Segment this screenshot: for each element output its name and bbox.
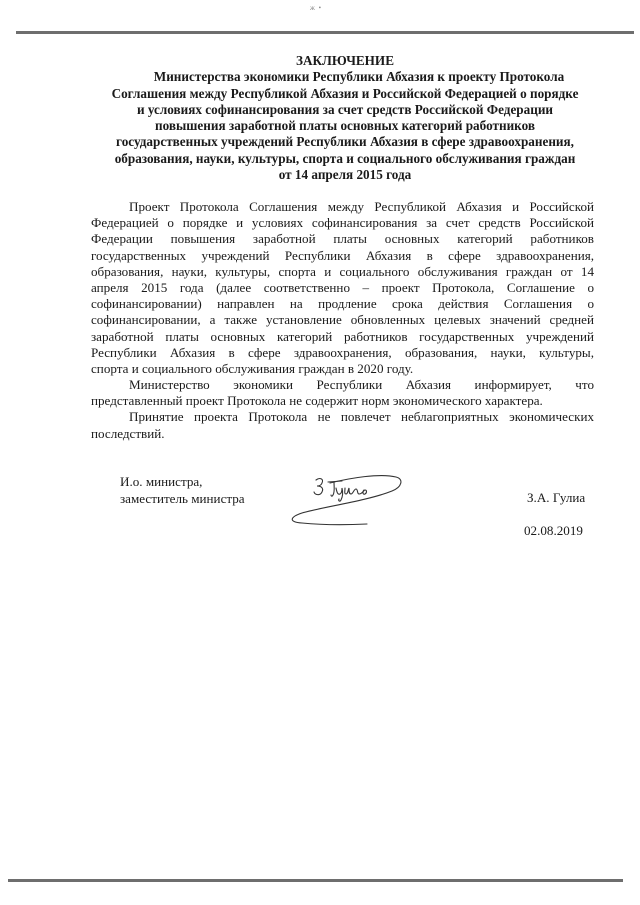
page-mark: ж • (310, 4, 322, 12)
subtitle-line: Соглашения между Республикой Абхазия и Р… (95, 86, 595, 102)
bottom-rule (8, 879, 623, 882)
position-line: И.о. министра, (120, 474, 245, 491)
body-line: последствий. (91, 426, 594, 442)
document-date: 02.08.2019 (524, 523, 583, 539)
body-line: спорта и социального обслуживания гражда… (91, 361, 594, 377)
body-line: Республики Абхазия в сфере здравоохранен… (91, 345, 594, 361)
body-line: софинансировании, а также установление о… (91, 312, 594, 328)
signatory-position: И.о. министра, заместитель министра (120, 474, 245, 507)
body-line: апреля 2015 года (далее соответственно –… (91, 280, 594, 296)
body-line: заработной платы основных категорий рабо… (91, 329, 594, 345)
document-heading: ЗАКЛЮЧЕНИЕ Министерства экономики Респуб… (95, 53, 595, 183)
body-line: Федерации повышения заработной платы осн… (91, 231, 594, 247)
body-line: государственных учреждений Республики Аб… (91, 248, 594, 264)
top-rule (16, 31, 634, 34)
subtitle-line: от 14 апреля 2015 года (95, 167, 595, 183)
subtitle-line: Министерства экономики Республики Абхази… (95, 69, 595, 85)
body-line: образования, науки, культуры, спорта и с… (91, 264, 594, 280)
position-line: заместитель министра (120, 491, 245, 508)
subtitle-line: повышения заработной платы основных кате… (95, 118, 595, 134)
subtitle-line: и условиях софинансирования за счет сред… (95, 102, 595, 118)
signatory-name: З.А. Гулиа (527, 490, 585, 506)
body-line: представленный проект Протокола не содер… (91, 393, 594, 409)
document-body: Проект Протокола Соглашения между Респуб… (91, 199, 594, 442)
body-line: Федерацией о порядке и условиях софинанс… (91, 215, 594, 231)
document-title: ЗАКЛЮЧЕНИЕ (95, 53, 595, 69)
subtitle-line: государственных учреждений Республики Аб… (95, 134, 595, 150)
body-line: Министерство экономики Республики Абхази… (91, 377, 594, 393)
body-line: Проект Протокола Соглашения между Респуб… (91, 199, 594, 215)
body-line: софинансировании) направлен на продление… (91, 296, 594, 312)
handwritten-signature-icon (290, 473, 405, 528)
body-line: Принятие проекта Протокола не повлечет н… (91, 409, 594, 425)
subtitle-line: образования, науки, культуры, спорта и с… (95, 151, 595, 167)
